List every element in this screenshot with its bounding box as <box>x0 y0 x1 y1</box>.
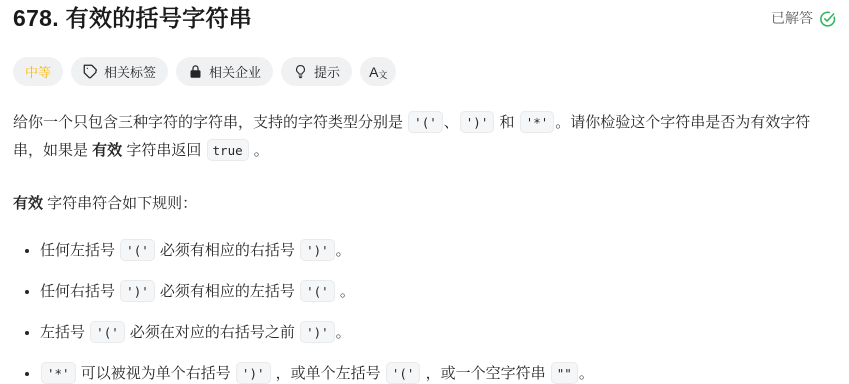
text-segment: 必须有相应的左括号 <box>156 283 299 300</box>
hint-label: 提示 <box>314 62 340 81</box>
bold-text: 有效 <box>13 195 43 212</box>
hint-button[interactable]: 提示 <box>281 57 352 86</box>
text-segment: 左括号 <box>40 324 89 341</box>
rules-list: 任何左括号 '(' 必须有相应的右括号 ')'。 任何右括号 ')' 必须有相应… <box>13 239 836 384</box>
inline-code: '(' <box>90 321 125 343</box>
related-companies-button[interactable]: 相关企业 <box>176 57 273 86</box>
lightbulb-icon <box>293 64 308 79</box>
problem-toolbar: 中等 相关标签 相关企业 <box>13 57 836 86</box>
inline-code: '(' <box>300 280 335 302</box>
inline-code: '(' <box>408 111 443 133</box>
text-segment: 任何右括号 <box>40 283 119 300</box>
text-segment: 。 <box>336 242 351 259</box>
bold-text: 有效 <box>92 142 122 159</box>
related-companies-label: 相关企业 <box>209 62 261 81</box>
text-segment: 。 <box>250 142 269 159</box>
inline-code: '*' <box>41 362 76 384</box>
solved-label: 已解答 <box>771 8 813 28</box>
problem-header: 678. 有效的括号字符串 已解答 <box>13 0 836 33</box>
rule-item: '*' 可以被视为单个右括号 ')' ，或单个左括号 '(' ，或一个空字符串 … <box>40 362 836 384</box>
translate-button[interactable]: A 文 <box>360 57 396 86</box>
check-circle-icon <box>819 10 836 27</box>
text-segment: 。 <box>336 283 355 300</box>
text-segment: 必须在对应的右括号之前 <box>126 324 299 341</box>
text-segment: 字符串返回 <box>122 142 205 159</box>
inline-code: ')' <box>120 280 155 302</box>
difficulty-badge: 中等 <box>13 57 63 86</box>
rule-item: 任何左括号 '(' 必须有相应的右括号 ')'。 <box>40 239 836 263</box>
inline-code: ')' <box>460 111 495 133</box>
inline-code: ')' <box>300 239 335 261</box>
rule-item: 左括号 '(' 必须在对应的右括号之前 ')'。 <box>40 321 836 345</box>
text-segment: 和 <box>495 114 518 131</box>
text-segment: 字符串符合如下规则： <box>43 195 197 212</box>
translate-icon-cjk: 文 <box>378 68 387 81</box>
related-tags-button[interactable]: 相关标签 <box>71 57 168 86</box>
problem-page: 678. 有效的括号字符串 已解答 中等 相关标签 <box>0 0 849 384</box>
inline-code: '(' <box>120 239 155 261</box>
lock-icon <box>188 64 203 79</box>
text-segment: 可以被视为单个右括号 <box>77 365 235 382</box>
solved-status: 已解答 <box>771 8 836 28</box>
problem-description: 给你一个只包含三种字符的字符串，支持的字符类型分别是 '('、')' 和 '*'… <box>13 109 836 384</box>
inline-code: ')' <box>300 321 335 343</box>
text-segment: ，或一个空字符串 <box>421 365 549 382</box>
related-tags-label: 相关标签 <box>104 62 156 81</box>
tag-icon <box>83 64 98 79</box>
inline-code: '*' <box>520 111 555 133</box>
description-paragraph: 给你一个只包含三种字符的字符串，支持的字符类型分别是 '('、')' 和 '*'… <box>13 109 836 165</box>
inline-code: ')' <box>236 362 271 384</box>
text-segment: 。 <box>336 324 351 341</box>
text-segment: 必须有相应的右括号 <box>156 242 299 259</box>
translate-icon: A <box>369 64 378 80</box>
text-segment: ，或单个左括号 <box>272 365 385 382</box>
inline-code: '(' <box>386 362 421 384</box>
text-segment: 。 <box>579 365 594 382</box>
rules-intro: 有效 字符串符合如下规则： <box>13 190 836 218</box>
inline-code: true <box>207 139 249 161</box>
text-segment: 给你一个只包含三种字符的字符串，支持的字符类型分别是 <box>13 114 407 131</box>
inline-code: "" <box>551 362 578 384</box>
rule-item: 任何右括号 ')' 必须有相应的左括号 '(' 。 <box>40 280 836 304</box>
problem-title: 678. 有效的括号字符串 <box>13 3 252 33</box>
text-segment: 任何左括号 <box>40 242 119 259</box>
text-segment: 、 <box>444 114 459 131</box>
